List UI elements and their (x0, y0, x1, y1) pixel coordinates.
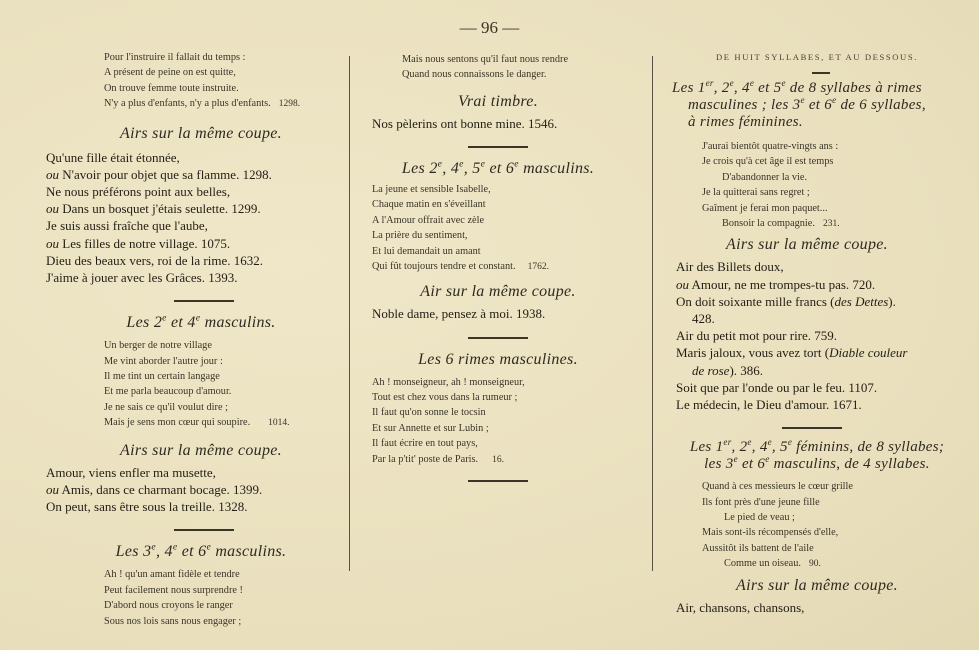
air-list: Amour, viens enfler ma musette, ou Amis,… (46, 464, 336, 516)
verse-line: Par la p'tit' poste de Paris. (372, 454, 478, 465)
verse-line: Mais je sens mon cœur qui soupire. (104, 417, 250, 428)
air-number: 16. (492, 455, 504, 465)
verse-line: Chaque matin en s'éveillant (372, 197, 624, 212)
air-number: 231. (823, 219, 840, 229)
verse-line: Mais sont-ils récompensés d'elle, (702, 525, 962, 540)
verse-block: Mais nous sentons qu'il faut nous rendre… (402, 52, 624, 83)
verse-block: La jeune et sensible Isabelle, Chaque ma… (372, 182, 624, 275)
air-number: 1014. (268, 418, 289, 428)
air-list: Qu'une fille était étonnée, ou N'avoir p… (46, 149, 336, 287)
verse-line: Qui fût toujours tendre et constant. (372, 261, 516, 272)
air-line: ou N'avoir pour objet que sa flamme. 129… (46, 166, 336, 183)
section-heading: Airs sur la même coupe. (66, 442, 336, 460)
verse-block: Ah ! qu'un amant fidèle et tendre Peut f… (104, 567, 336, 629)
section-rule (174, 300, 234, 302)
air-line: ou Amis, dans ce charmant bocage. 1399. (46, 481, 336, 498)
section-rule (174, 529, 234, 531)
verse-line: Sous nos lois sans nous engager ; (104, 614, 336, 629)
verse-line: D'abord nous croyons le ranger (104, 598, 336, 613)
section-heading: Airs sur la même coupe. (652, 236, 962, 254)
air-line: On doit soixante mille francs (des Dette… (676, 293, 962, 310)
section-heading: Airs sur la même coupe. (66, 125, 336, 143)
air-line: Ne nous préférons point aux belles, (46, 183, 336, 200)
verse-line: A l'Amour offrait avec zèle (372, 213, 624, 228)
verse-line: Et lui demandait un amant (372, 244, 624, 259)
verse-block: J'aurai bientôt quatre-vingts ans : Je c… (702, 139, 962, 232)
section-heading: Les 6 rimes masculines. (372, 351, 624, 369)
verse-line: Ah ! monseigneur, ah ! monseigneur, (372, 375, 624, 390)
air-line: Qu'une fille était étonnée, (46, 149, 336, 166)
column-divider-left (349, 56, 350, 571)
section-heading: Vrai timbre. (372, 93, 624, 111)
verse-line: Le pied de veau ; (702, 510, 962, 525)
air-number: 1762. (528, 262, 549, 272)
air-line: On peut, sans être sous la treille. 1328… (46, 498, 336, 515)
section-heading: Les 3e, 4e et 6e masculins. (66, 543, 336, 561)
verse-line: Ils font près d'une jeune fille (702, 495, 962, 510)
air-line: Nos pèlerins ont bonne mine. 1546. (372, 115, 624, 132)
verse-line: Je ne sais ce qu'il voulut dire ; (104, 400, 336, 415)
verse-line: Il faut qu'on sonne le tocsin (372, 405, 624, 420)
verse-line: D'abandonner la vie. (702, 170, 962, 185)
verse-line: Ah ! qu'un amant fidèle et tendre (104, 567, 336, 582)
verse-block: Ah ! monseigneur, ah ! monseigneur, Tout… (372, 375, 624, 468)
air-line: Le médecin, le Dieu d'amour. 1671. (676, 396, 962, 413)
air-line: 428. (676, 310, 962, 327)
air-list: Air des Billets doux, ou Amour, ne me tr… (676, 258, 962, 413)
air-number: 90. (809, 559, 821, 569)
section-heading: Les 1er, 2e, 4e et 5e de 8 syllabes à ri… (672, 80, 962, 131)
left-column: Pour l'instruire il fallait du temps : A… (46, 50, 336, 629)
running-head: DE HUIT SYLLABES, ET AU DESSOUS. (672, 52, 962, 62)
air-line: ou Dans un bosquet j'étais seulette. 129… (46, 200, 336, 217)
verse-line: N'y a plus d'enfants, n'y a plus d'enfan… (104, 98, 271, 109)
verse-line: Mais nous sentons qu'il faut nous rendre (402, 52, 624, 67)
verse-line: La prière du sentiment, (372, 228, 624, 243)
verse-line: Il me tint un certain langage (104, 369, 336, 384)
section-heading: Airs sur la même coupe. (672, 577, 962, 595)
verse-line: J'aurai bientôt quatre-vingts ans : (702, 139, 962, 154)
verse-line: La jeune et sensible Isabelle, (372, 182, 624, 197)
air-line: Air, chansons, chansons, (676, 599, 962, 616)
section-rule (468, 337, 528, 339)
verse-line: Bonsoir la compagnie. (722, 218, 815, 229)
section-rule (468, 146, 528, 148)
section-heading: Les 1er, 2e, 4e, 5e féminins, de 8 sylla… (672, 439, 962, 473)
air-line: Amour, viens enfler ma musette, (46, 464, 336, 481)
air-line: ou Amour, ne me trompes-tu pas. 720. (676, 276, 962, 293)
section-heading: Les 2e et 4e masculins. (66, 314, 336, 332)
verse-line: Aussitôt ils battent de l'aile (702, 541, 962, 556)
air-line: ou Les filles de notre village. 1075. (46, 235, 336, 252)
air-line: Air des Billets doux, (676, 258, 962, 275)
verse-block: Quand à ces messieurs le cœur grille Ils… (702, 479, 962, 572)
verse-line: Je crois qu'à cet âge il est temps (702, 154, 962, 169)
air-line: Air du petit mot pour rire. 759. (676, 327, 962, 344)
verse-line: Et me parla beaucoup d'amour. (104, 384, 336, 399)
page-number: — 96 — (0, 18, 979, 38)
verse-line: Comme un oiseau. (724, 558, 801, 569)
verse-line: Il faut écrire en tout pays, (372, 436, 624, 451)
section-heading: Les 2e, 4e, 5e et 6e masculins. (372, 160, 624, 178)
verse-line: Pour l'instruire il fallait du temps : (104, 50, 336, 65)
column-divider-right (652, 56, 653, 571)
middle-column: Mais nous sentons qu'il faut nous rendre… (372, 52, 624, 482)
right-column: DE HUIT SYLLABES, ET AU DESSOUS. Les 1er… (672, 52, 962, 616)
verse-line: Gaîment je ferai mon paquet... (702, 201, 962, 216)
section-rule (782, 427, 842, 429)
verse-line: Peut facilement nous surprendre ! (104, 583, 336, 598)
air-line: Je suis aussi fraîche que l'aube, (46, 217, 336, 234)
verse-line: Je la quitterai sans regret ; (702, 185, 962, 200)
air-line: J'aime à jouer avec les Grâces. 1393. (46, 269, 336, 286)
verse-block: Pour l'instruire il fallait du temps : A… (104, 50, 336, 113)
section-rule (468, 480, 528, 482)
verse-line: Quand à ces messieurs le cœur grille (702, 479, 962, 494)
verse-line: Un berger de notre village (104, 338, 336, 353)
section-heading: Air sur la même coupe. (372, 283, 624, 301)
air-line: Dieu des beaux vers, roi de la rime. 163… (46, 252, 336, 269)
verse-line: Me vint aborder l'autre jour : (104, 354, 336, 369)
verse-line: Tout est chez vous dans la rumeur ; (372, 390, 624, 405)
verse-line: On trouve femme toute instruite. (104, 81, 336, 96)
air-line: de rose). 386. (676, 362, 962, 379)
verse-block: Un berger de notre village Me vint abord… (104, 338, 336, 431)
verse-line: A présent de peine on est quitte, (104, 65, 336, 80)
air-number: 1298. (279, 99, 300, 109)
air-line: Soit que par l'onde ou par le feu. 1107. (676, 379, 962, 396)
section-rule (812, 72, 830, 74)
verse-line: Quand nous connaissons le danger. (402, 67, 624, 82)
air-line: Noble dame, pensez à moi. 1938. (372, 305, 624, 322)
air-line: Maris jaloux, vous avez tort (Diable cou… (676, 344, 962, 361)
verse-line: Et sur Annette et sur Lubin ; (372, 421, 624, 436)
